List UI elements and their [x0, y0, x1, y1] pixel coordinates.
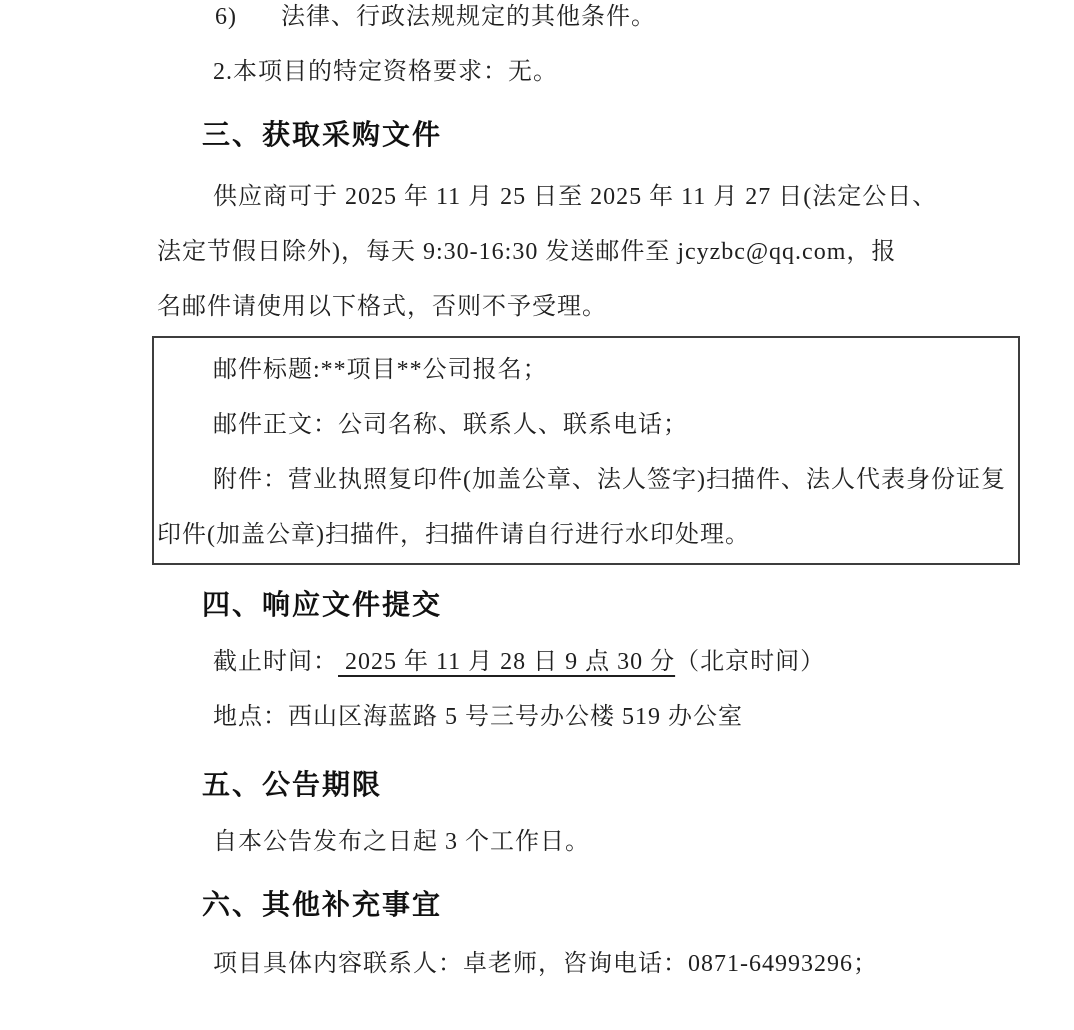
email-attachment-line-2: 印件(加盖公章)扫描件，扫描件请自行进行水印处理。	[157, 508, 1012, 563]
deadline-timezone: （北京时间）	[675, 649, 825, 675]
deadline-line: 截止时间： 2025 年 11 月 28 日 9 点 30 分（北京时间）	[157, 635, 1037, 690]
para-supplier-line-1: 供应商可于 2025 年 11 月 25 日至 2025 年 11 月 27 日…	[157, 170, 1037, 225]
email-attachment-line-1: 附件：营业执照复印件(加盖公章、法人签字)扫描件、法人代表身份证复	[157, 453, 1012, 508]
para-supplier-line-3: 名邮件请使用以下格式，否则不予受理。	[157, 280, 1037, 335]
deadline-label: 截止时间：	[213, 649, 338, 675]
email-body-line: 邮件正文：公司名称、联系人、联系电话；	[157, 398, 1012, 453]
contact-info-line: 项目具体内容联系人：卓老师，咨询电话：0871-64993296；	[157, 937, 1037, 992]
email-subject-line: 邮件标题:**项目**公司报名；	[157, 343, 1012, 398]
location-line: 地点：西山区海蓝路 5 号三号办公楼 519 办公室	[157, 690, 1037, 745]
section-heading-response-submission: 四、响应文件提交	[202, 577, 1037, 632]
section-heading-obtain-documents: 三、获取采购文件	[202, 107, 1037, 162]
document-page: 6)法律、行政法规规定的其他条件。 2.本项目的特定资格要求：无。 三、获取采购…	[157, 0, 1037, 992]
para-supplier-line-2: 法定节假日除外)，每天 9:30-16:30 发送邮件至 jcyzbc@qq.c…	[157, 225, 1037, 280]
email-format-box: 邮件标题:**项目**公司报名； 邮件正文：公司名称、联系人、联系电话； 附件：…	[152, 336, 1020, 565]
para-specific-qualification: 2.本项目的特定资格要求：无。	[157, 45, 1037, 100]
list-item-marker: 6)	[215, 4, 237, 30]
list-item-other-conditions: 6)法律、行政法规规定的其他条件。	[215, 0, 1037, 45]
section-heading-announcement-period: 五、公告期限	[202, 757, 1037, 812]
list-item-text: 法律、行政法规规定的其他条件。	[281, 4, 656, 30]
section-heading-other-matters: 六、其他补充事宜	[202, 877, 1037, 932]
deadline-value-underlined: 2025 年 11 月 28 日 9 点 30 分	[338, 649, 675, 675]
announcement-period-line: 自本公告发布之日起 3 个工作日。	[157, 815, 1037, 870]
